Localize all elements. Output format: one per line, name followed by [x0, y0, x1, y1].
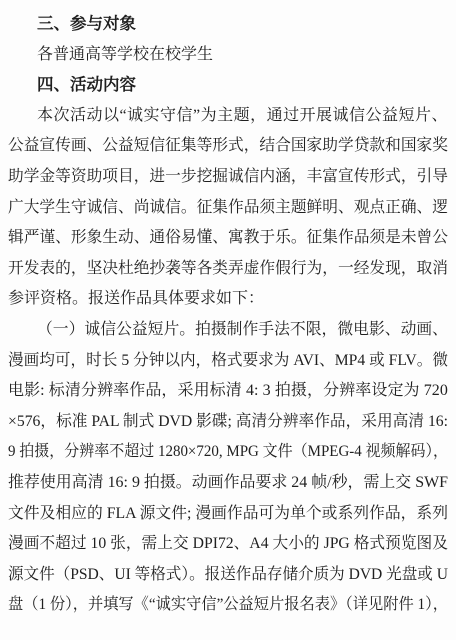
line-text: 辑严谨、形象生动、通俗易懂、寓教于乐。征集作品须是未曾公 [8, 223, 448, 254]
document-page: 三、参与对象各普通高等学校在校学生四、活动内容本次活动以“诚实守信”为主题，通过… [0, 0, 456, 640]
paragraph-line: 辑严谨、形象生动、通俗易懂、寓教于乐。征集作品须是未曾公 [8, 223, 448, 254]
section-heading: 三、参与对象 [8, 9, 448, 40]
line-text: 9 拍摄，分辨率不超过 1280×720, MPG 文件（MPEG-4 视频解码… [8, 437, 448, 468]
line-text: 漫画均可，时长 5 分钟以内，格式要求为 AVI、MP4 或 FLV。微 [8, 346, 448, 377]
line-text: 开发表的，坚决杜绝抄袭等各类弄虚作假行为，一经发现，取消 [8, 254, 448, 285]
paragraph-line: 文件及相应的 FLA 源文件; 漫画作品可为单个或系列作品，系列 [8, 499, 448, 530]
paragraph-line: 本次活动以“诚实守信”为主题，通过开展诚信公益短片、 [8, 101, 448, 132]
line-text: 漫画不超过 10 张，需上交 DPI72、A4 大小的 JPG 格式预览图及 [8, 529, 448, 560]
paragraph-line: 各普通高等学校在校学生 [8, 40, 448, 71]
paragraph-line: 参评资格。报送作品具体要求如下： [8, 284, 448, 315]
line-text: 盘（1 份），并填写《“诚实守信”公益短片报名表》（详见附件 1）， [8, 590, 448, 621]
line-text: 本次活动以“诚实守信”为主题，通过开展诚信公益短片、 [37, 101, 448, 132]
line-text: 四、活动内容 [37, 70, 136, 101]
paragraph-line: （一）诚信公益短片。拍摄制作手法不限，微电影、动画、 [8, 315, 448, 346]
line-text: 推荐使用高清 16: 9 拍摄。动画作品要求 24 帧/秒，需上交 SWF [8, 468, 448, 499]
line-text: ×576，标准 PAL 制式 DVD 影碟; 高清分辨率作品，采用高清 16: [8, 407, 448, 438]
line-text: 各普通高等学校在校学生 [37, 40, 213, 71]
document-body: 三、参与对象各普通高等学校在校学生四、活动内容本次活动以“诚实守信”为主题，通过… [8, 9, 448, 621]
paragraph-line: ×576，标准 PAL 制式 DVD 影碟; 高清分辨率作品，采用高清 16: [8, 407, 448, 438]
line-text: （一）诚信公益短片。拍摄制作手法不限，微电影、动画、 [37, 315, 448, 346]
paragraph-line: 广大学生守诚信、尚诚信。征集作品须主题鲜明、观点正确、逻 [8, 193, 448, 224]
paragraph-line: 源文件（PSD、UI 等格式）。报送作品存储介质为 DVD 光盘或 U [8, 560, 448, 591]
paragraph-line: 公益宣传画、公益短信征集等形式，结合国家助学贷款和国家奖 [8, 131, 448, 162]
paragraph-line: 开发表的，坚决杜绝抄袭等各类弄虚作假行为，一经发现，取消 [8, 254, 448, 285]
line-text: 参评资格。报送作品具体要求如下： [8, 284, 264, 315]
paragraph-line: 电影: 标清分辨率作品，采用标清 4: 3 拍摄，分辨率设定为 720 [8, 376, 448, 407]
line-text: 文件及相应的 FLA 源文件; 漫画作品可为单个或系列作品，系列 [8, 499, 448, 530]
paragraph-line: 盘（1 份），并填写《“诚实守信”公益短片报名表》（详见附件 1）， [8, 590, 448, 621]
paragraph-line: 9 拍摄，分辨率不超过 1280×720, MPG 文件（MPEG-4 视频解码… [8, 437, 448, 468]
paragraph-line: 推荐使用高清 16: 9 拍摄。动画作品要求 24 帧/秒，需上交 SWF [8, 468, 448, 499]
line-text: 广大学生守诚信、尚诚信。征集作品须主题鲜明、观点正确、逻 [8, 193, 448, 224]
paragraph-line: 漫画不超过 10 张，需上交 DPI72、A4 大小的 JPG 格式预览图及 [8, 529, 448, 560]
line-text: 公益宣传画、公益短信征集等形式，结合国家助学贷款和国家奖 [8, 131, 448, 162]
paragraph-line: 漫画均可，时长 5 分钟以内，格式要求为 AVI、MP4 或 FLV。微 [8, 346, 448, 377]
section-heading: 四、活动内容 [8, 70, 448, 101]
line-text: 源文件（PSD、UI 等格式）。报送作品存储介质为 DVD 光盘或 U [8, 560, 448, 591]
paragraph-line: 助学金等资助项目，进一步挖掘诚信内涵，丰富宣传形式，引导 [8, 162, 448, 193]
line-text: 三、参与对象 [37, 9, 136, 40]
line-text: 电影: 标清分辨率作品，采用标清 4: 3 拍摄，分辨率设定为 720 [8, 376, 448, 407]
line-text: 助学金等资助项目，进一步挖掘诚信内涵，丰富宣传形式，引导 [8, 162, 448, 193]
